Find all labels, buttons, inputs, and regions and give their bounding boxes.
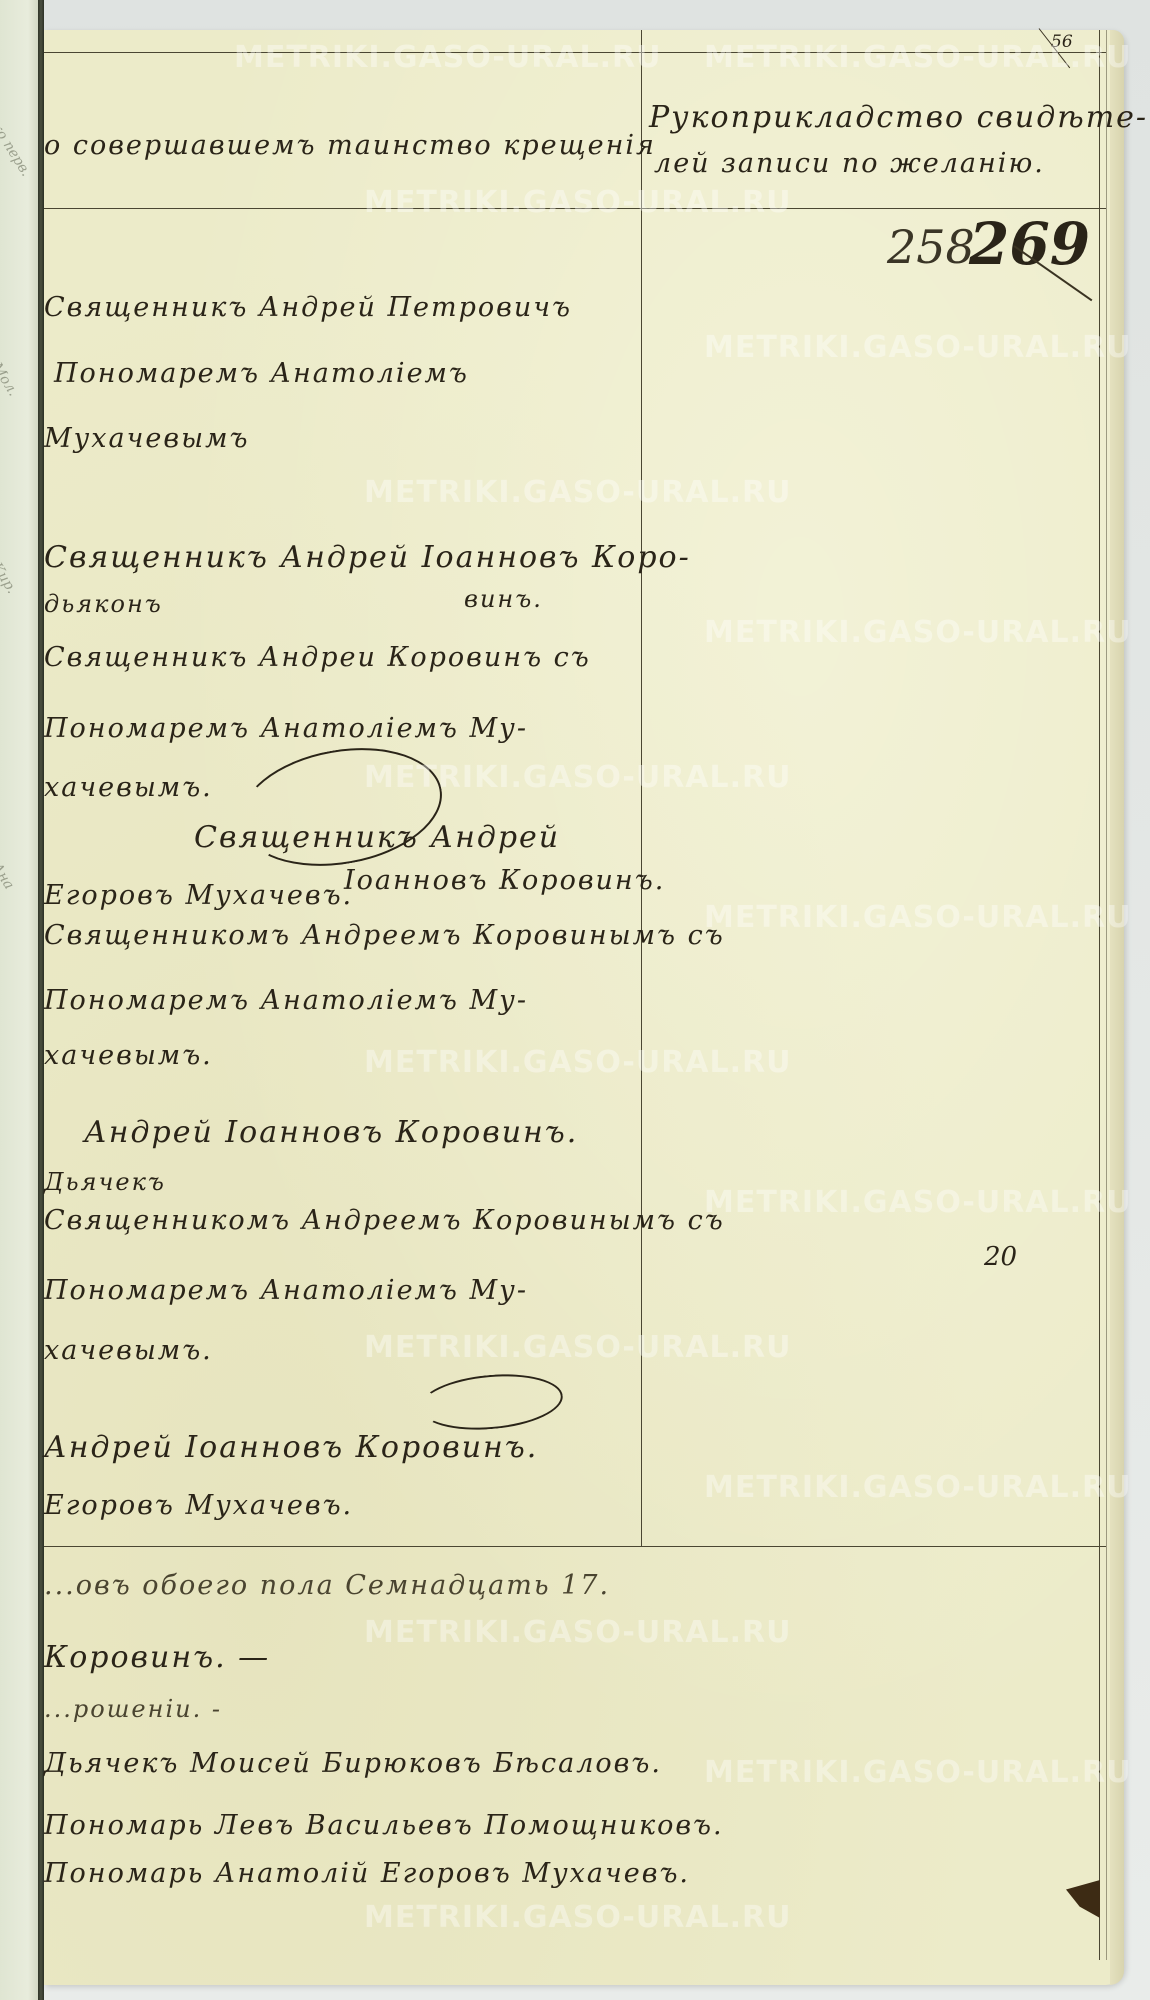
watermark: METRIKI.GASO-URAL.RU xyxy=(364,475,792,510)
watermark: METRIKI.GASO-URAL.RU xyxy=(364,1330,792,1365)
summary-line: Пономарь Анатолій Егоровъ Мухачевъ. xyxy=(44,1858,690,1889)
summary-line: ...рошеніи. - xyxy=(44,1695,222,1723)
top-rule xyxy=(44,52,1106,53)
ghost-text: Мол. xyxy=(0,360,21,399)
signature-flourish xyxy=(231,733,452,881)
watermark: METRIKI.GASO-URAL.RU xyxy=(364,185,792,220)
entry-line: Дьячекъ xyxy=(44,1168,166,1196)
entry-line: Священникъ Андрей Петровичъ xyxy=(44,292,572,323)
summary-line: Пономарь Левъ Васильевъ Помощниковъ. xyxy=(44,1810,724,1841)
entry-line: Андрей Іоанновъ Коровинъ. xyxy=(84,1115,578,1150)
ghost-text: Кир. xyxy=(0,560,20,597)
summary-line: ...овъ обоего пола Семнадцать 17. xyxy=(44,1570,610,1601)
header-rule xyxy=(44,208,1106,209)
entry-line: Священникомъ Андреемъ Коровинымъ съ xyxy=(44,920,725,951)
right-margin-rule xyxy=(1099,30,1100,1960)
ink-blot xyxy=(1066,1880,1100,1918)
summary-line: Дьячекъ Моисей Бирюковъ Бѣсаловъ. xyxy=(44,1748,662,1779)
entry-line-suffix: винъ. xyxy=(464,585,543,613)
header-right-line2: лей записи по желанію. xyxy=(654,148,1045,179)
entry-line: Егоровъ Мухачевъ. xyxy=(44,880,353,911)
entry-line: Священникомъ Андреемъ Коровинымъ съ xyxy=(44,1205,725,1236)
entry-line: Священникъ Андрей xyxy=(194,820,560,855)
right-edge-rule xyxy=(1106,30,1107,1960)
entry-line: Священникъ Андреи Коровинъ съ xyxy=(44,642,591,673)
ghost-text: Ана xyxy=(0,860,17,892)
entry-line: Пономаремъ Анатоліемъ xyxy=(54,358,469,389)
entry-line: Пономаремъ Анатоліемъ Му- xyxy=(44,985,528,1016)
right-column-note: 20 xyxy=(984,1242,1017,1272)
header-left-text: о совершавшемъ таинство крещенія xyxy=(44,130,656,161)
document-page: 56 о совершавшемъ таинство крещенія Руко… xyxy=(44,30,1124,1985)
watermark: METRIKI.GASO-URAL.RU xyxy=(704,900,1132,935)
header-right-line1: Рукоприкладство свидѣте- xyxy=(649,100,1148,135)
record-number-original: 258 xyxy=(887,220,975,274)
entry-line: Пономаремъ Анатоліемъ Му- xyxy=(44,713,528,744)
entry-line: Священникъ Андрей Іоанновъ Коро- xyxy=(44,540,691,575)
watermark: METRIKI.GASO-URAL.RU xyxy=(364,1615,792,1650)
page-edge xyxy=(1110,30,1124,1985)
entry-line: Егоровъ Мухачевъ. xyxy=(44,1490,353,1521)
entry-line: Мухачевымъ xyxy=(44,423,250,454)
watermark: METRIKI.GASO-URAL.RU xyxy=(234,40,662,75)
entry-line: Іоанновъ Коровинъ. xyxy=(344,865,665,896)
entry-line: хачевымъ. xyxy=(44,1040,213,1071)
ghost-text: ко перв. xyxy=(0,120,34,179)
watermark: METRIKI.GASO-URAL.RU xyxy=(364,1900,792,1935)
watermark: METRIKI.GASO-URAL.RU xyxy=(704,1470,1132,1505)
signature-flourish xyxy=(417,1369,565,1435)
entry-line: хачевымъ. xyxy=(44,1335,213,1366)
summary-line: Коровинъ. — xyxy=(44,1640,270,1675)
watermark: METRIKI.GASO-URAL.RU xyxy=(704,615,1132,650)
watermark: METRIKI.GASO-URAL.RU xyxy=(704,1755,1132,1790)
section-rule xyxy=(44,1546,1106,1547)
record-number-corrected: 269 xyxy=(969,210,1090,278)
entry-line: Андрей Іоанновъ Коровинъ. xyxy=(44,1430,538,1465)
entry-line: дьяконъ xyxy=(44,590,163,618)
column-divider xyxy=(641,30,642,1546)
entry-line: Пономаремъ Анатоліемъ Му- xyxy=(44,1275,528,1306)
adjacent-page-edge: ко перв. Мол. Кир. Ана xyxy=(0,0,40,2000)
entry-line: хачевымъ. xyxy=(44,772,213,803)
watermark: METRIKI.GASO-URAL.RU xyxy=(364,1045,792,1080)
watermark: METRIKI.GASO-URAL.RU xyxy=(704,330,1132,365)
watermark: METRIKI.GASO-URAL.RU xyxy=(704,1185,1132,1220)
